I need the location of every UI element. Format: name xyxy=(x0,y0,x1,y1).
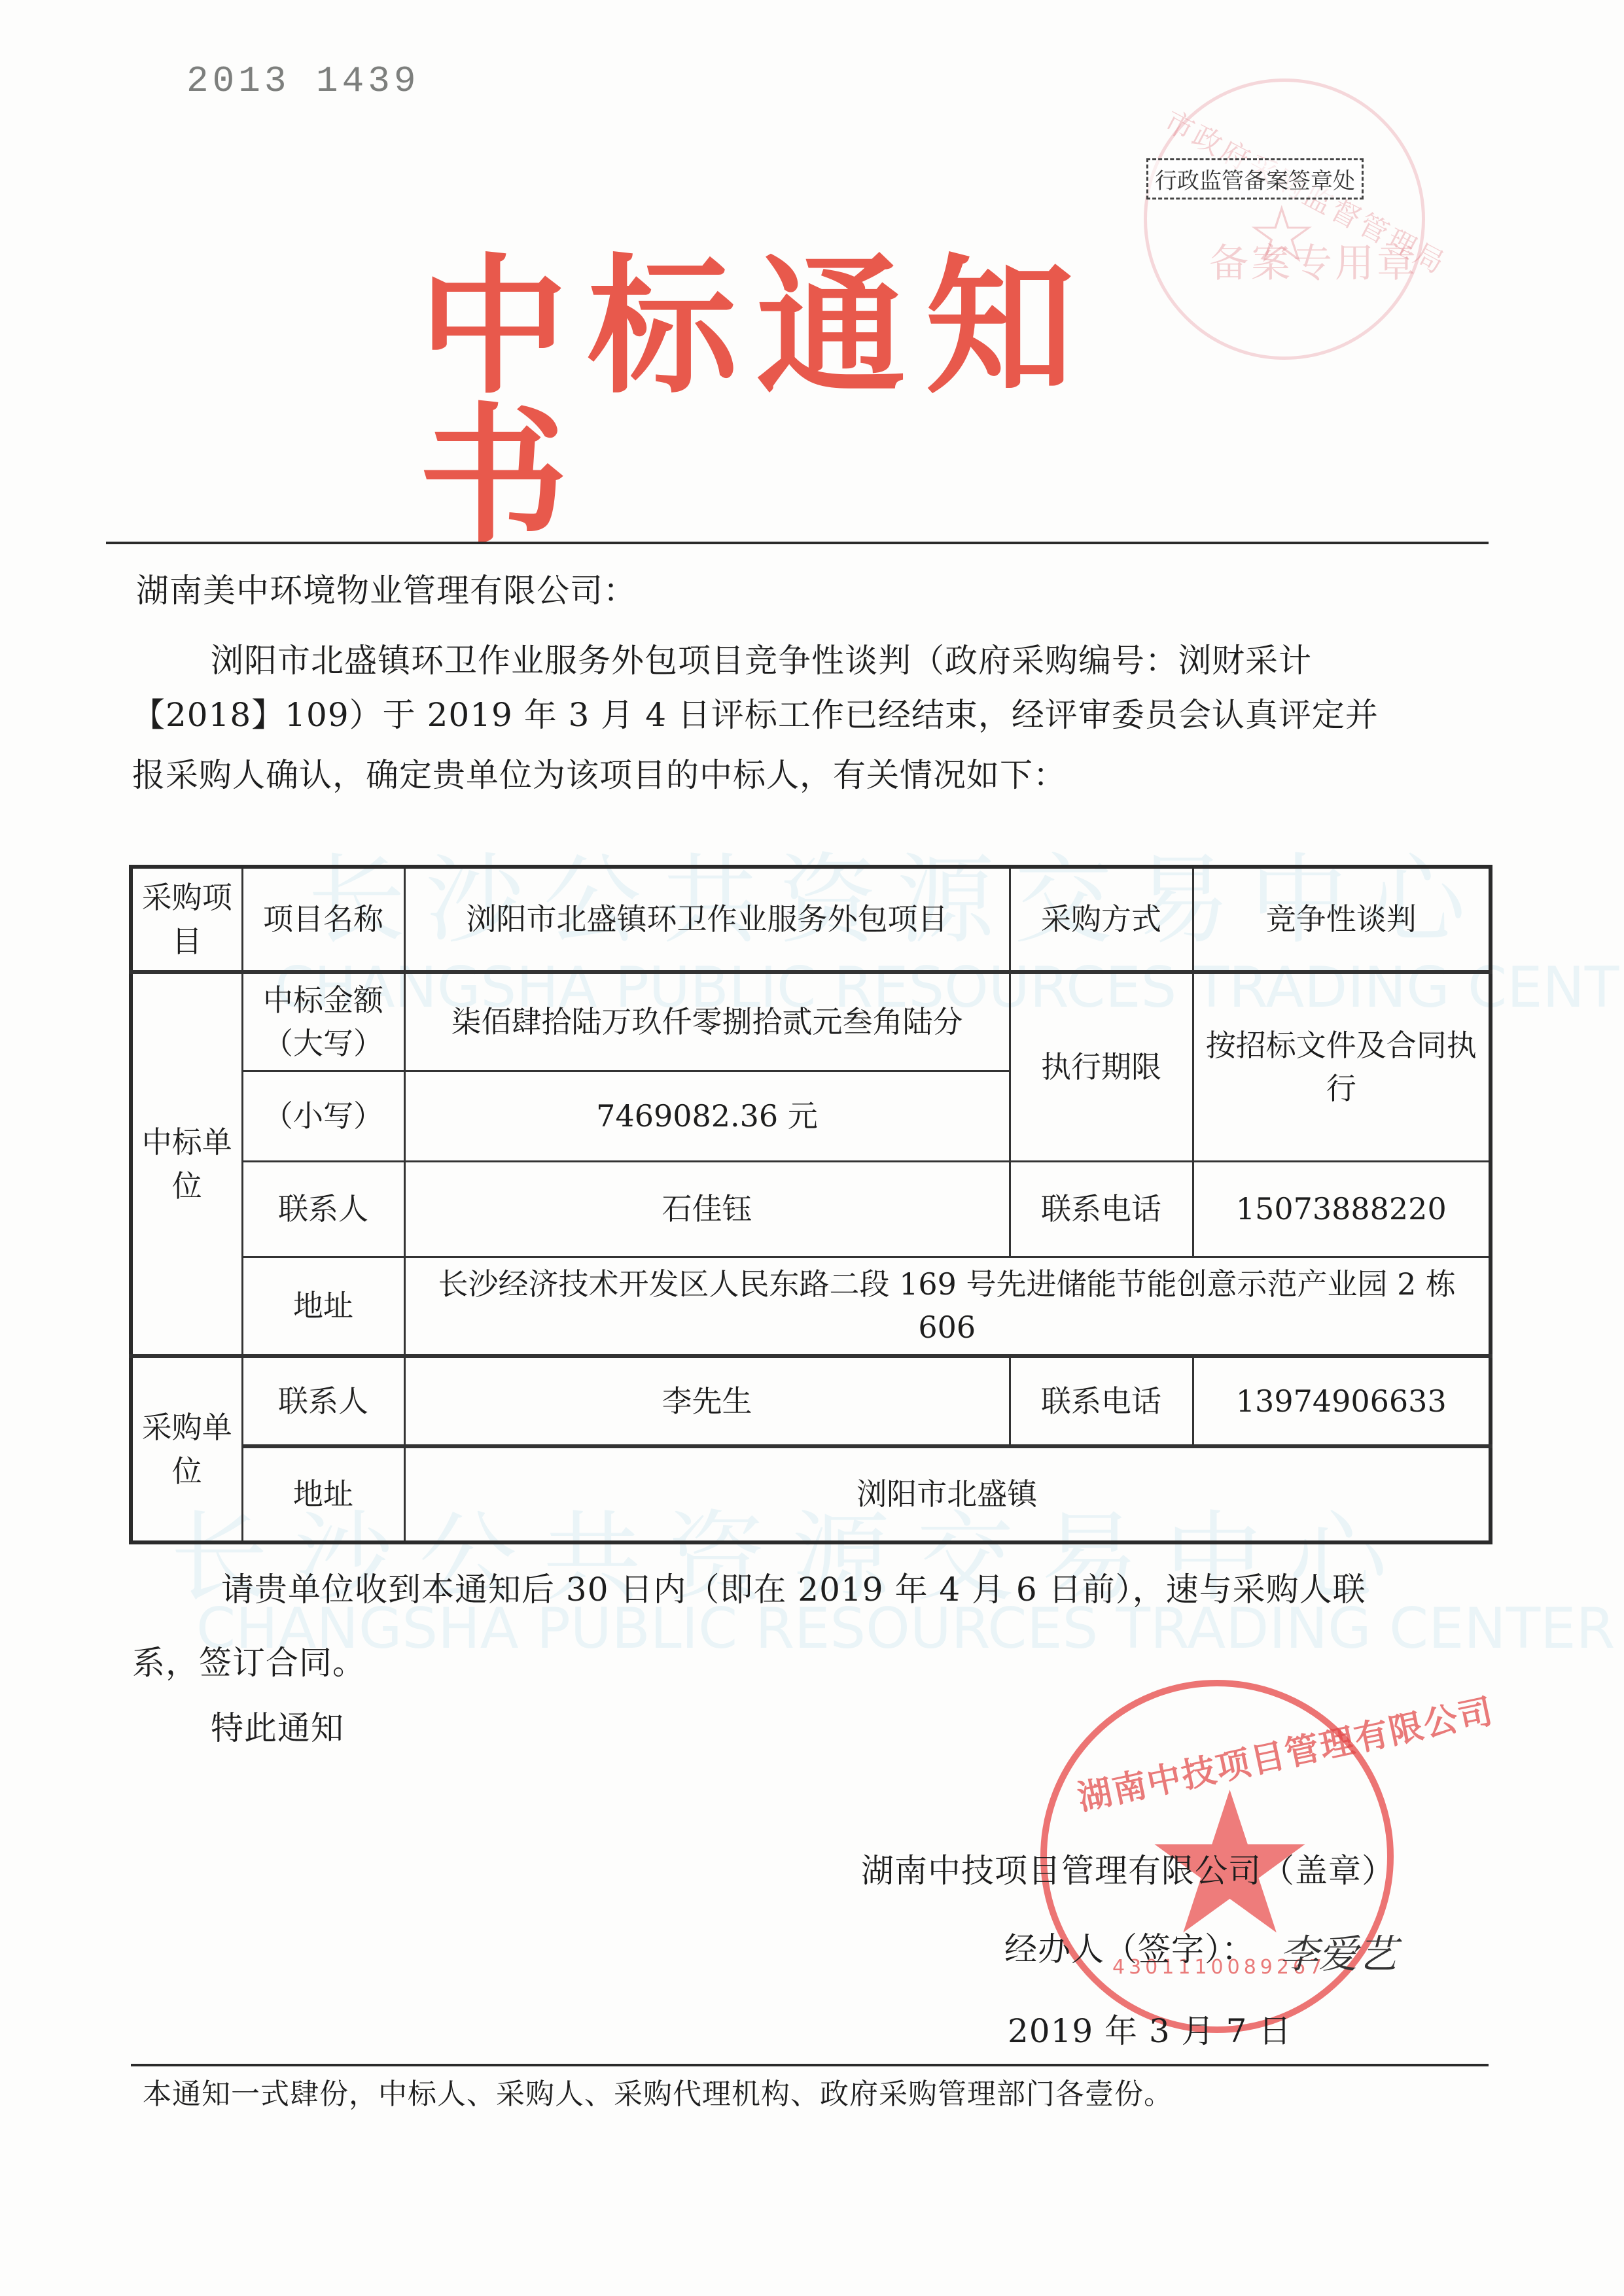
handler-signature: 李爱艺 xyxy=(1279,1923,1397,1979)
table-row: 地址 浏阳市北盛镇 xyxy=(131,1446,1491,1542)
winning-unit-group-label: 中标单位 xyxy=(131,972,242,1356)
closing-remark: 特此通知 xyxy=(211,1712,344,1745)
purchaser-address-value: 浏阳市北盛镇 xyxy=(404,1446,1491,1542)
award-details-table: 采购项目 项目名称 浏阳市北盛镇环卫作业服务外包项目 采购方式 竞争性谈判 中标… xyxy=(129,865,1492,1544)
winner-phone-label: 联系电话 xyxy=(1010,1161,1193,1257)
issue-date: 2019 年 3 月 7 日 xyxy=(1008,2015,1292,2047)
project-name-label: 项目名称 xyxy=(242,867,404,972)
table-row: 采购单位 联系人 李先生 联系电话 13974906633 xyxy=(131,1356,1491,1446)
execution-period-value: 按招标文件及合同执行 xyxy=(1193,972,1491,1161)
addressee: 湖南美中环境物业管理有限公司： xyxy=(136,574,637,607)
footer-divider xyxy=(131,2064,1489,2066)
purchaser-unit-group-label: 采购单位 xyxy=(131,1356,242,1542)
document-serial-number: 2013 1439 xyxy=(186,60,419,102)
handler-label: 经办人（签字）： xyxy=(1004,1933,1255,1966)
notice-line-2: 系，签订合同。 xyxy=(132,1646,366,1679)
table-row: 地址 长沙经济技术开发区人民东路二段 169 号先进储能节能创意示范产业园 2 … xyxy=(131,1257,1491,1356)
winner-phone-value: 15073888220 xyxy=(1193,1161,1491,1257)
winner-address-label: 地址 xyxy=(242,1257,404,1356)
filing-signature-box: 行政监管备案签章处 xyxy=(1146,158,1364,200)
table-row: 采购项目 项目名称 浏阳市北盛镇环卫作业服务外包项目 采购方式 竞争性谈判 xyxy=(131,867,1491,972)
issuing-company: 湖南中技项目管理有限公司（盖章） xyxy=(861,1854,1395,1887)
table-row: 联系人 石佳钰 联系电话 15073888220 xyxy=(131,1161,1491,1257)
amount-lower-value: 7469082.36 元 xyxy=(404,1071,1010,1161)
purchaser-phone-label: 联系电话 xyxy=(1010,1356,1193,1446)
intro-paragraph-line-2: 【2018】109）于 2019 年 3 月 4 日评标工作已经结束，经评审委员… xyxy=(132,699,1379,731)
winner-address-value: 长沙经济技术开发区人民东路二段 169 号先进储能节能创意示范产业园 2 栋 6… xyxy=(404,1257,1491,1356)
page-title: 中标通知书 xyxy=(419,252,1256,550)
purchaser-address-label: 地址 xyxy=(242,1446,404,1542)
table-row: 中标单位 中标金额（大写） 柒佰肆拾陆万玖仟零捌拾贰元叁角陆分 执行期限 按招标… xyxy=(131,972,1491,1071)
purchaser-contact-label: 联系人 xyxy=(242,1356,404,1446)
procurement-method-label: 采购方式 xyxy=(1010,867,1193,972)
procurement-project-group-label: 采购项目 xyxy=(131,867,242,972)
intro-paragraph-line-1: 浏阳市北盛镇环卫作业服务外包项目竞争性谈判（政府采购编号：浏财采计 xyxy=(211,644,1312,677)
footnote: 本通知一式肆份，中标人、采购人、采购代理机构、政府采购管理部门各壹份。 xyxy=(143,2080,1173,2109)
execution-period-label: 执行期限 xyxy=(1010,972,1193,1161)
amount-upper-value: 柒佰肆拾陆万玖仟零捌拾贰元叁角陆分 xyxy=(404,972,1010,1071)
procurement-method-value: 竞争性谈判 xyxy=(1193,867,1491,972)
amount-lower-label: （小写） xyxy=(242,1071,404,1161)
header-divider xyxy=(106,542,1489,544)
notice-line-1: 请贵单位收到本通知后 30 日内（即在 2019 年 4 月 6 日前），速与采… xyxy=(221,1573,1366,1606)
purchaser-phone-value: 13974906633 xyxy=(1193,1356,1491,1446)
amount-upper-label: 中标金额（大写） xyxy=(242,972,404,1071)
project-name-value: 浏阳市北盛镇环卫作业服务外包项目 xyxy=(404,867,1010,972)
intro-paragraph-line-3: 报采购人确认，确定贵单位为该项目的中标人，有关情况如下： xyxy=(132,759,1067,791)
winner-contact-value: 石佳钰 xyxy=(404,1161,1010,1257)
purchaser-contact-value: 李先生 xyxy=(404,1356,1010,1446)
winner-contact-label: 联系人 xyxy=(242,1161,404,1257)
